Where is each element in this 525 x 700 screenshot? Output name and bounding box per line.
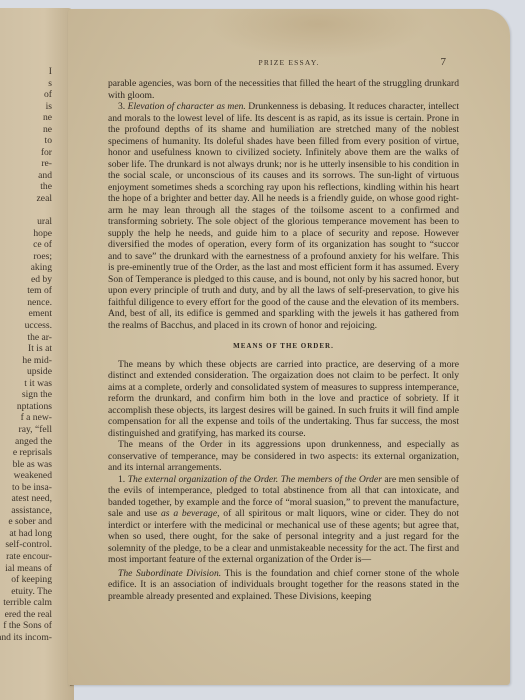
left-line-fragment: e sober and: [0, 516, 52, 528]
left-line-fragment: roes;: [0, 251, 52, 263]
paragraph-text: Drunkenness is debasing. It reduces char…: [108, 101, 459, 331]
left-line-fragment: ray, “fell: [0, 424, 52, 436]
left-line-fragment: assistance,: [0, 505, 52, 517]
item-title: The Subordinate Division.: [118, 568, 221, 579]
left-line-fragment: f a new-: [0, 412, 52, 424]
left-line-fragment: f the Sons of: [0, 620, 52, 632]
left-line-fragment: ement: [0, 308, 52, 320]
left-line-fragment: ce of: [0, 239, 52, 251]
left-line-fragment: to: [0, 135, 52, 147]
left-line-fragment: he mid-: [0, 355, 52, 367]
paragraph-aspects: The means of the Order in its aggression…: [108, 439, 459, 474]
left-line-fragment: of keeping: [0, 574, 52, 586]
left-line-fragment: ne: [0, 124, 52, 136]
page-number: 7: [441, 56, 447, 68]
item-number: 3.: [118, 101, 125, 112]
left-line-fragment: uccess.: [0, 320, 52, 332]
left-line-fragment: terrible calm: [0, 597, 52, 609]
left-line-fragment: ed by: [0, 274, 52, 286]
left-line-fragment: zeal: [0, 193, 52, 205]
item-title: Elevation of character as men.: [128, 101, 246, 112]
left-line-fragment: is: [0, 101, 52, 113]
left-line-fragment: e reprisals: [0, 447, 52, 459]
paragraph-continuation: parable agencies, was born of the necess…: [108, 78, 459, 101]
left-page-fragment: Isofisnenetoforre-andthezealuralhopece o…: [0, 8, 74, 700]
left-line-fragment: the ar-: [0, 332, 52, 344]
emphasis: as a beverage,: [161, 508, 220, 519]
left-line-fragment: nence.: [0, 297, 52, 309]
left-line-fragment: etuity. The: [0, 586, 52, 598]
left-line-fragment: nptations: [0, 401, 52, 413]
left-line-fragment: ered the real: [0, 609, 52, 621]
left-line-fragment: to be insa-: [0, 482, 52, 494]
left-line-fragment: ial means of: [0, 563, 52, 575]
left-line-fragment: t it was: [0, 378, 52, 390]
left-line-fragment: ble as was: [0, 459, 52, 471]
water-stain: [208, 9, 428, 59]
left-line-fragment: I: [0, 66, 52, 78]
left-line-fragment: aking: [0, 262, 52, 274]
left-page-text: Isofisnenetoforre-andthezealuralhopece o…: [0, 66, 52, 643]
paragraph-external-organization: 1. The external organization of the Orde…: [108, 474, 459, 566]
paragraph-means: The means by which these objects are car…: [108, 359, 459, 440]
item-number: 1.: [118, 474, 125, 485]
left-line-fragment: and its incom-: [0, 632, 52, 644]
right-page: PRIZE ESSAY. 7 parable agencies, was bor…: [68, 9, 510, 685]
left-line-fragment: weakened: [0, 470, 52, 482]
left-line-fragment: tem of: [0, 285, 52, 297]
left-line-fragment: It is at: [0, 343, 52, 355]
left-line-fragment: re-: [0, 158, 52, 170]
running-head: PRIZE ESSAY. 7: [68, 58, 510, 70]
left-line-fragment: of: [0, 89, 52, 101]
left-line-fragment: the: [0, 181, 52, 193]
left-line-fragment: atest need,: [0, 493, 52, 505]
left-line-fragment: at had long: [0, 528, 52, 540]
left-line-fragment: anged the: [0, 436, 52, 448]
left-line-fragment: ural: [0, 216, 52, 228]
left-line-fragment: and: [0, 170, 52, 182]
item-subject: The members of the Order: [281, 474, 382, 485]
left-line-fragment: for: [0, 147, 52, 159]
left-line-fragment: [0, 205, 52, 217]
left-line-fragment: self-control.: [0, 539, 52, 551]
left-line-fragment: hope: [0, 228, 52, 240]
paragraph-elevation: 3. Elevation of character as men. Drunke…: [108, 101, 459, 331]
paragraph-subordinate-division: The Subordinate Division. This is the fo…: [108, 568, 459, 603]
section-heading: MEANS OF THE ORDER.: [108, 341, 459, 353]
item-title: The external organization of the Order.: [128, 474, 279, 485]
left-line-fragment: rate encour-: [0, 551, 52, 563]
left-line-fragment: s: [0, 78, 52, 90]
body-text: parable agencies, was born of the necess…: [108, 78, 459, 602]
left-line-fragment: upside: [0, 366, 52, 378]
left-line-fragment: sign the: [0, 389, 52, 401]
left-line-fragment: ne: [0, 112, 52, 124]
